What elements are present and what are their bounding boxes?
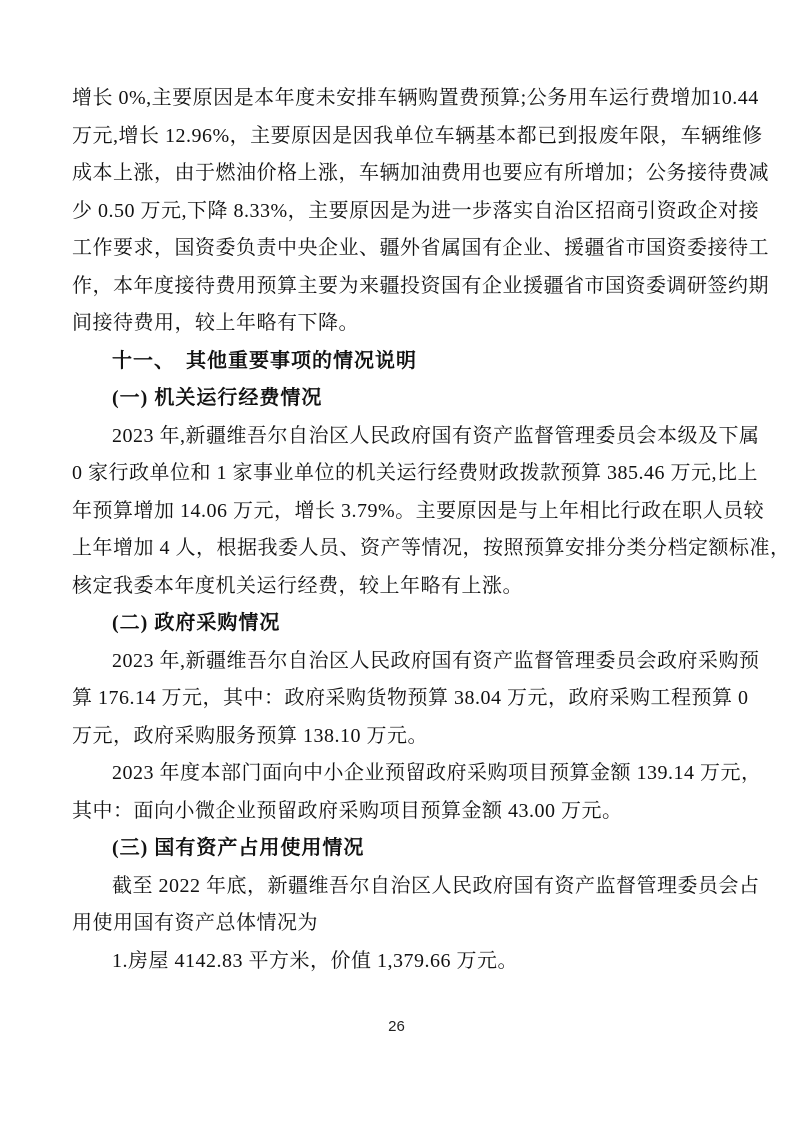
- body-line: 核定我委本年度机关运行经费，较上年略有上涨。: [72, 568, 717, 606]
- subsection-heading-3: (三) 国有资产占用使用情况: [72, 830, 717, 868]
- document-content: 增长 0%,主要原因是本年度未安排车辆购置费预算;公务用车运行费增加10.44 …: [72, 80, 717, 980]
- body-line: 成本上涨，由于燃油价格上涨，车辆加油费用也要应有所增加；公务接待费减: [72, 155, 717, 193]
- body-line: 2023 年,新疆维吾尔自治区人民政府国有资产监督管理委员会本级及下属: [72, 418, 717, 456]
- page-number: 26: [0, 1018, 793, 1035]
- body-line: 万元,增长 12.96%，主要原因是因我单位车辆基本都已到报废年限，车辆维修: [72, 118, 717, 156]
- body-line: 2023 年度本部门面向中小企业预留政府采购项目预算金额 139.14 万元，: [72, 755, 717, 793]
- subsection-heading-1: (一) 机关运行经费情况: [72, 380, 717, 418]
- body-line: 1.房屋 4142.83 平方米，价值 1,379.66 万元。: [72, 943, 717, 981]
- body-line: 年预算增加 14.06 万元，增长 3.79%。主要原因是与上年相比行政在职人员…: [72, 493, 717, 531]
- section-heading-11: 十一、 其他重要事项的情况说明: [72, 343, 717, 381]
- body-line: 其中：面向小微企业预留政府采购项目预算金额 43.00 万元。: [72, 793, 717, 831]
- body-line: 上年增加 4 人，根据我委人员、资产等情况，按照预算安排分类分档定额标准，: [72, 530, 717, 568]
- body-line: 截至 2022 年底，新疆维吾尔自治区人民政府国有资产监督管理委员会占: [72, 868, 717, 906]
- body-line: 作，本年度接待费用预算主要为来疆投资国有企业援疆省市国资委调研签约期: [72, 268, 717, 306]
- body-line: 算 176.14 万元，其中：政府采购货物预算 38.04 万元，政府采购工程预…: [72, 680, 717, 718]
- body-line: 0 家行政单位和 1 家事业单位的机关运行经费财政拨款预算 385.46 万元,…: [72, 455, 717, 493]
- body-line: 少 0.50 万元,下降 8.33%，主要原因是为进一步落实自治区招商引资政企对…: [72, 193, 717, 231]
- body-line: 万元，政府采购服务预算 138.10 万元。: [72, 718, 717, 756]
- subsection-heading-2: (二) 政府采购情况: [72, 605, 717, 643]
- body-line: 2023 年,新疆维吾尔自治区人民政府国有资产监督管理委员会政府采购预: [72, 643, 717, 681]
- body-line: 工作要求，国资委负责中央企业、疆外省属国有企业、援疆省市国资委接待工: [72, 230, 717, 268]
- body-line: 用使用国有资产总体情况为: [72, 905, 717, 943]
- body-line: 增长 0%,主要原因是本年度未安排车辆购置费预算;公务用车运行费增加10.44: [72, 80, 717, 118]
- body-line: 间接待费用，较上年略有下降。: [72, 305, 717, 343]
- document-page: 增长 0%,主要原因是本年度未安排车辆购置费预算;公务用车运行费增加10.44 …: [0, 0, 793, 1122]
